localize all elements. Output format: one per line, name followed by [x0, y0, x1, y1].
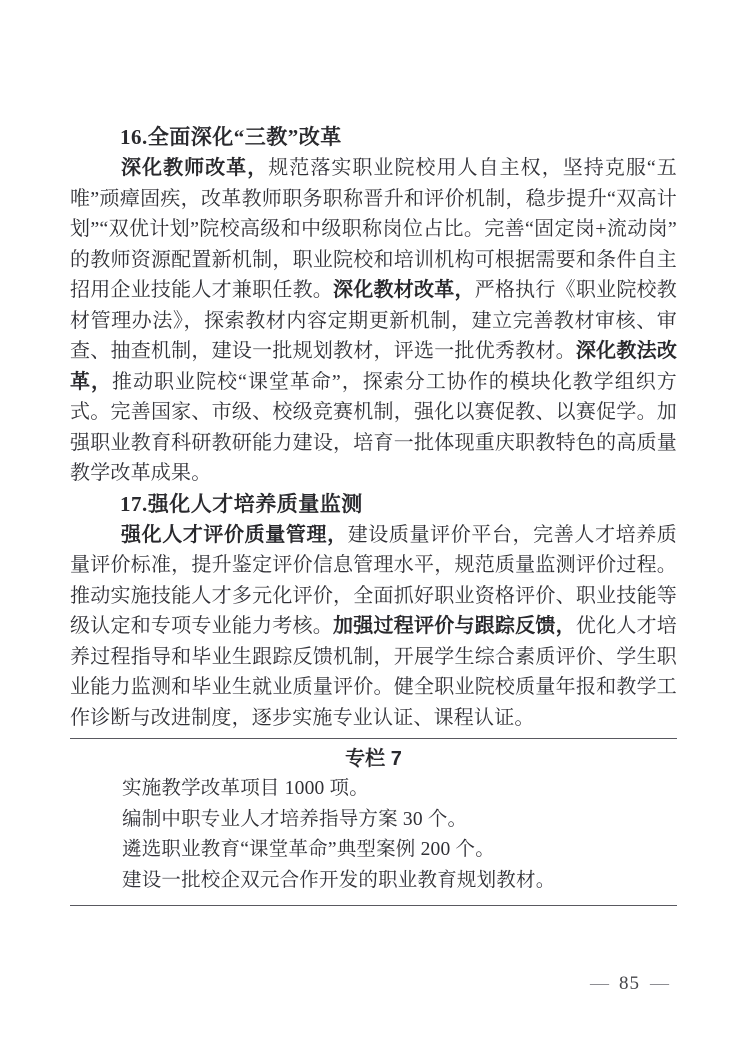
- callout-box-7: 专栏 7 实施教学改革项目 1000 项。 编制中职专业人才培养指导方案 30 …: [70, 738, 677, 906]
- section-16-paragraph: 深化教师改革，规范落实职业院校用人自主权，坚持克服“五唯”顽瘴固疾，改革教师职务…: [70, 153, 677, 489]
- document-page: 16.全面深化“三教”改革 深化教师改革，规范落实职业院校用人自主权，坚持克服“…: [0, 0, 745, 1056]
- callout-title: 专栏 7: [70, 744, 677, 774]
- page-number-value: 85: [619, 974, 640, 994]
- section-17-paragraph: 强化人才评价质量管理，建设质量评价平台，完善人才培养质量评价标准，提升鉴定评价信…: [70, 520, 677, 734]
- bold-phrase-teacher-reform: 深化教师改革，: [121, 157, 268, 179]
- callout-item: 遴选职业教育“课堂革命”典型案例 200 个。: [70, 835, 677, 866]
- callout-item: 建设一批校企双元合作开发的职业教育规划教材。: [70, 866, 677, 897]
- bold-phrase-process-evaluation: 加强过程评价与跟踪反馈，: [333, 615, 576, 637]
- callout-item: 实施教学改革项目 1000 项。: [70, 774, 677, 805]
- page-number: — 85 —: [590, 974, 669, 994]
- body-text: 推动职业院校“课堂革命”，探索分工协作的模块化教学组织方式。完善国家、市级、校级…: [70, 371, 677, 485]
- section-17-heading: 17.强化人才培养质量监测: [70, 489, 677, 520]
- page-number-dash-left: —: [590, 974, 609, 994]
- page-number-dash-right: —: [650, 974, 669, 994]
- bold-phrase-textbook-reform: 深化教材改革，: [333, 279, 475, 301]
- section-16-heading: 16.全面深化“三教”改革: [70, 122, 677, 153]
- callout-item: 编制中职专业人才培养指导方案 30 个。: [70, 805, 677, 836]
- bold-phrase-quality-management: 强化人才评价质量管理，: [121, 524, 348, 546]
- document-content: 16.全面深化“三教”改革 深化教师改革，规范落实职业院校用人自主权，坚持克服“…: [70, 122, 677, 906]
